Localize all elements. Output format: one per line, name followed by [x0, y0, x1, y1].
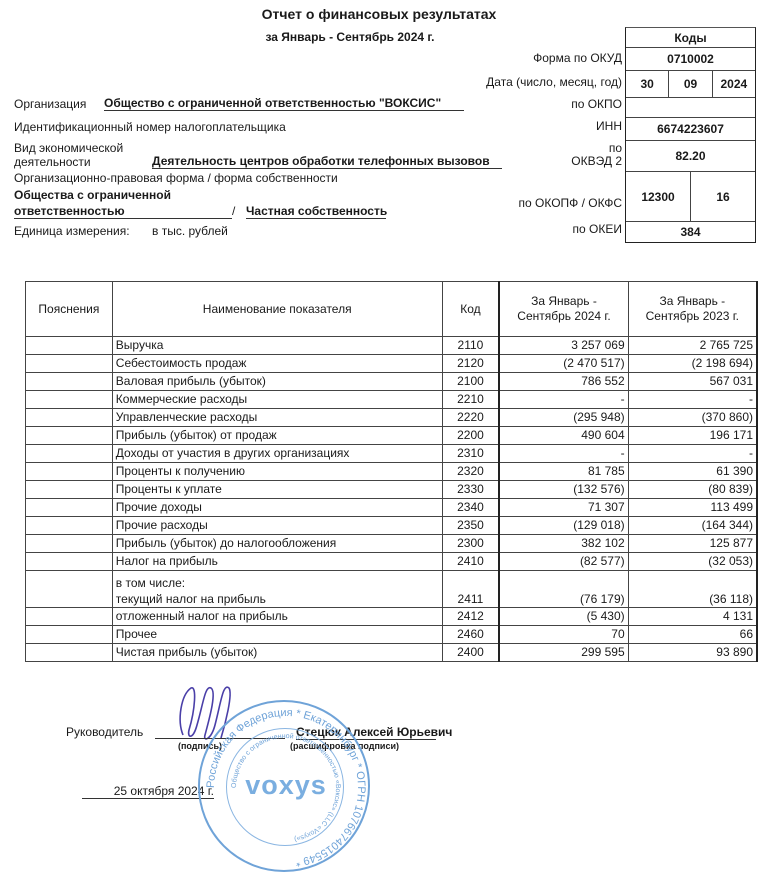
- header-period-2024-line2: Сентябрь 2024 г.: [503, 309, 624, 324]
- row-value-2024: 70: [499, 626, 628, 644]
- row-value-2024: (82 577): [499, 553, 628, 571]
- row-notes: [26, 337, 113, 355]
- okopf-label: по ОКОПФ / ОКФС: [519, 196, 622, 210]
- row-value-2024: 3 257 069: [499, 337, 628, 355]
- date-day: 30: [626, 71, 668, 97]
- row-name-prefix: в том числе:: [116, 575, 439, 591]
- row-name: отложенный налог на прибыль: [112, 608, 442, 626]
- okud-label: Форма по ОКУД: [533, 51, 622, 65]
- okei-label: по ОКЕИ: [573, 222, 622, 236]
- row-notes: [26, 644, 113, 662]
- role-label: Руководитель: [66, 725, 143, 739]
- row-name: Управленческие расходы: [112, 409, 442, 427]
- table-row: Прибыль (убыток) до налогообложения23003…: [26, 535, 758, 553]
- row-value-2024: -: [499, 445, 628, 463]
- table-row: Прибыль (убыток) от продаж2200490 604196…: [26, 427, 758, 445]
- header-name: Наименование показателя: [112, 282, 442, 337]
- header-notes: Пояснения: [26, 282, 113, 337]
- row-code: 2310: [442, 445, 499, 463]
- table-row: Себестоимость продаж2120(2 470 517)(2 19…: [26, 355, 758, 373]
- okud-value: 0710002: [626, 48, 755, 70]
- stamp-logo: voxys: [200, 770, 372, 801]
- row-value-2024: -: [499, 391, 628, 409]
- row-name: Себестоимость продаж: [112, 355, 442, 373]
- row-code: 2412: [442, 608, 499, 626]
- ownership-value: Частная собственность: [246, 204, 386, 219]
- row-value-2023: (370 860): [628, 409, 757, 427]
- ownership-separator: /: [232, 204, 235, 218]
- row-value-2023: (2 198 694): [628, 355, 757, 373]
- legal-form-1: Общества с ограниченной: [14, 188, 171, 202]
- row-value-2023: 93 890: [628, 644, 757, 662]
- header-period-2023-line2: Сентябрь 2023 г.: [632, 309, 753, 324]
- row-value-2023: 196 171: [628, 427, 757, 445]
- row-name: Доходы от участия в других организациях: [112, 445, 442, 463]
- table-row: Проценты к получению232081 78561 390: [26, 463, 758, 481]
- row-value-2024: 786 552: [499, 373, 628, 391]
- inn-label: Идентификационный номер налогоплательщик…: [14, 120, 286, 134]
- row-value-2023: 113 499: [628, 499, 757, 517]
- row-code: 2220: [442, 409, 499, 427]
- codes-box: Коды 0710002 30 09 2024 6674223607 82.20…: [625, 27, 756, 243]
- table-row: Валовая прибыль (убыток)2100786 552567 0…: [26, 373, 758, 391]
- row-notes: [26, 463, 113, 481]
- row-notes: [26, 373, 113, 391]
- row-name: Прочее: [112, 626, 442, 644]
- row-value-2023: 125 877: [628, 535, 757, 553]
- row-value-2024: (295 948): [499, 409, 628, 427]
- row-value-2024: 81 785: [499, 463, 628, 481]
- row-code: 2100: [442, 373, 499, 391]
- header-period-2023: За Январь - Сентябрь 2023 г.: [628, 282, 757, 337]
- row-name: Прочие доходы: [112, 499, 442, 517]
- legal-form-2: ответственностью: [14, 204, 232, 219]
- header-period-2024: За Январь - Сентябрь 2024 г.: [499, 282, 628, 337]
- row-notes: [26, 553, 113, 571]
- row-notes: [26, 499, 113, 517]
- table-row: Выручка21103 257 0692 765 725: [26, 337, 758, 355]
- table-row: Проценты к уплате2330(132 576)(80 839): [26, 481, 758, 499]
- row-value-2024: (2 470 517): [499, 355, 628, 373]
- row-code: 2410: [442, 553, 499, 571]
- row-value-2023: 66: [628, 626, 757, 644]
- org-name: Общество с ограниченной ответственностью…: [104, 96, 464, 111]
- row-code: 2200: [442, 427, 499, 445]
- table-row: Налог на прибыль2410(82 577)(32 053): [26, 553, 758, 571]
- header-period-2024-line1: За Январь -: [503, 294, 624, 309]
- report-period: за Январь - Сентябрь 2024 г.: [0, 30, 700, 44]
- okopf-value: 12300: [626, 172, 690, 221]
- row-notes: [26, 535, 113, 553]
- row-code: 2330: [442, 481, 499, 499]
- okfs-value: 16: [690, 172, 755, 221]
- row-value-2023: 567 031: [628, 373, 757, 391]
- row-code: 2340: [442, 499, 499, 517]
- unit-label: Единица измерения:: [14, 224, 130, 238]
- date-year: 2024: [712, 71, 755, 97]
- row-notes: [26, 571, 113, 608]
- row-value-2024: (132 576): [499, 481, 628, 499]
- row-value-2024: (5 430): [499, 608, 628, 626]
- row-value-2024: 490 604: [499, 427, 628, 445]
- row-code: 2300: [442, 535, 499, 553]
- row-value-2023: 61 390: [628, 463, 757, 481]
- row-notes: [26, 355, 113, 373]
- row-notes: [26, 427, 113, 445]
- table-header-row: Пояснения Наименование показателя Код За…: [26, 282, 758, 337]
- row-value-2023: 2 765 725: [628, 337, 757, 355]
- activity-label-2: деятельности: [14, 155, 91, 169]
- okved-label-1: по: [609, 141, 622, 155]
- signature-date: 25 октября 2024 г.: [82, 784, 214, 799]
- row-value-2024: 299 595: [499, 644, 628, 662]
- table-row: Коммерческие расходы2210--: [26, 391, 758, 409]
- row-name: Коммерческие расходы: [112, 391, 442, 409]
- row-notes: [26, 608, 113, 626]
- row-value-2024: (76 179): [499, 571, 628, 608]
- row-name: Валовая прибыль (убыток): [112, 373, 442, 391]
- row-notes: [26, 445, 113, 463]
- row-value-2023: -: [628, 391, 757, 409]
- row-code: 2110: [442, 337, 499, 355]
- row-notes: [26, 409, 113, 427]
- unit-value: в тыс. рублей: [152, 224, 228, 238]
- okved-value: 82.20: [626, 141, 755, 171]
- row-code: 2411: [442, 571, 499, 608]
- table-row: Чистая прибыль (убыток)2400299 59593 890: [26, 644, 758, 662]
- okpo-label: по ОКПО: [571, 97, 622, 111]
- row-value-2023: (80 839): [628, 481, 757, 499]
- table-row: Управленческие расходы2220(295 948)(370 …: [26, 409, 758, 427]
- row-name: Проценты к уплате: [112, 481, 442, 499]
- row-notes: [26, 481, 113, 499]
- company-stamp: Российская Федерация * Екатеринбург * ОГ…: [198, 700, 370, 872]
- inn-code-label: ИНН: [596, 119, 622, 133]
- report-title: Отчет о финансовых результатах: [0, 6, 758, 22]
- row-name: Налог на прибыль: [112, 553, 442, 571]
- row-notes: [26, 626, 113, 644]
- row-value-2023: -: [628, 445, 757, 463]
- activity-label-1: Вид экономической: [14, 141, 123, 155]
- row-notes: [26, 517, 113, 535]
- row-name: Чистая прибыль (убыток): [112, 644, 442, 662]
- row-value-2024: (129 018): [499, 517, 628, 535]
- org-label: Организация: [14, 97, 86, 111]
- row-code: 2460: [442, 626, 499, 644]
- row-name: Выручка: [112, 337, 442, 355]
- legal-form-label: Организационно-правовая форма / форма со…: [14, 171, 338, 185]
- inn-value: 6674223607: [626, 118, 755, 140]
- okved-label-2: ОКВЭД 2: [571, 154, 622, 168]
- row-name: Прочие расходы: [112, 517, 442, 535]
- row-value-2024: 382 102: [499, 535, 628, 553]
- header-period-2023-line1: За Январь -: [632, 294, 753, 309]
- table-row: Прочее24607066: [26, 626, 758, 644]
- header-code: Код: [442, 282, 499, 337]
- row-code: 2400: [442, 644, 499, 662]
- row-code: 2120: [442, 355, 499, 373]
- row-name: Прибыль (убыток) от продаж: [112, 427, 442, 445]
- row-code: 2350: [442, 517, 499, 535]
- row-value-2023: 4 131: [628, 608, 757, 626]
- activity-value: Деятельность центров обработки телефонны…: [152, 154, 502, 169]
- financial-results-table: Пояснения Наименование показателя Код За…: [25, 281, 758, 662]
- table-row: отложенный налог на прибыль2412(5 430)4 …: [26, 608, 758, 626]
- row-name-text: текущий налог на прибыль: [116, 591, 439, 607]
- date-month: 09: [668, 71, 711, 97]
- row-notes: [26, 391, 113, 409]
- table-row: Доходы от участия в других организациях2…: [26, 445, 758, 463]
- table-row: Прочие расходы2350(129 018)(164 344): [26, 517, 758, 535]
- date-label: Дата (число, месяц, год): [486, 75, 622, 89]
- row-value-2023: (164 344): [628, 517, 757, 535]
- table-row: в том числе:текущий налог на прибыль2411…: [26, 571, 758, 608]
- row-value-2023: (32 053): [628, 553, 757, 571]
- table-row: Прочие доходы234071 307113 499: [26, 499, 758, 517]
- row-value-2023: (36 118): [628, 571, 757, 608]
- row-name: Прибыль (убыток) до налогообложения: [112, 535, 442, 553]
- row-code: 2210: [442, 391, 499, 409]
- row-code: 2320: [442, 463, 499, 481]
- okei-value: 384: [626, 222, 755, 242]
- row-value-2024: 71 307: [499, 499, 628, 517]
- row-name: в том числе:текущий налог на прибыль: [112, 571, 442, 608]
- okpo-value: [626, 98, 755, 117]
- row-name: Проценты к получению: [112, 463, 442, 481]
- codes-header: Коды: [626, 28, 755, 47]
